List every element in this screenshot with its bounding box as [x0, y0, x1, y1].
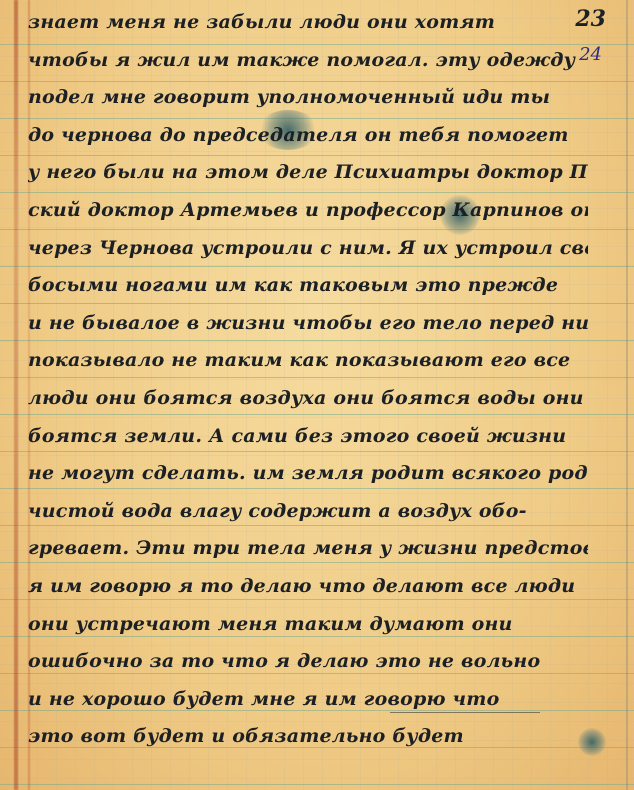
text-line: показывало не таким как показывают его в… [28, 342, 588, 380]
text-line: чистой вода влагу содержит а воздух обо- [28, 493, 588, 531]
handwritten-text: знает меня не забыли люди они хотят чтоб… [28, 4, 588, 756]
text-line: чтобы я жил им также помогал. эту одежду [28, 42, 588, 80]
page-edge [626, 0, 628, 790]
text-line: гревает. Эти три тела меня у жизни предс… [28, 530, 588, 568]
text-line: я им говорю я то делаю что делают все лю… [28, 568, 588, 606]
text-line: не могут сделать. им земля родит всякого… [28, 455, 588, 493]
text-line: ошибочно за то что я делаю это не вольно [28, 643, 588, 681]
text-line: босыми ногами им как таковым это прежде [28, 267, 588, 305]
margin-stain [14, 0, 18, 790]
text-line: до чернова до председателя он тебя помог… [28, 117, 588, 155]
text-line: боятся земли. А сами без этого своей жиз… [28, 418, 588, 456]
text-line: знает меня не забыли люди они хотят [28, 4, 588, 42]
text-line: это вот будет и обязательно будет [28, 718, 588, 756]
text-line: ский доктор Артемьев и профессор Карпино… [28, 192, 588, 230]
text-line: люди они боятся воздуха они боятся воды … [28, 380, 588, 418]
manuscript-page: 23 24 знает меня не забыли люди они хотя… [0, 0, 634, 790]
pencil-underline [390, 712, 540, 713]
text-line: у него были на этом деле Психиатры докто… [28, 154, 588, 192]
text-line: через Чернова устроили с ним. Я их устро… [28, 230, 588, 268]
text-line: и не бывалое в жизни чтобы его тело пере… [28, 305, 588, 343]
text-line: они устречают меня таким думают они [28, 606, 588, 644]
text-line: подел мне говорит уполномоченный иди ты [28, 79, 588, 117]
